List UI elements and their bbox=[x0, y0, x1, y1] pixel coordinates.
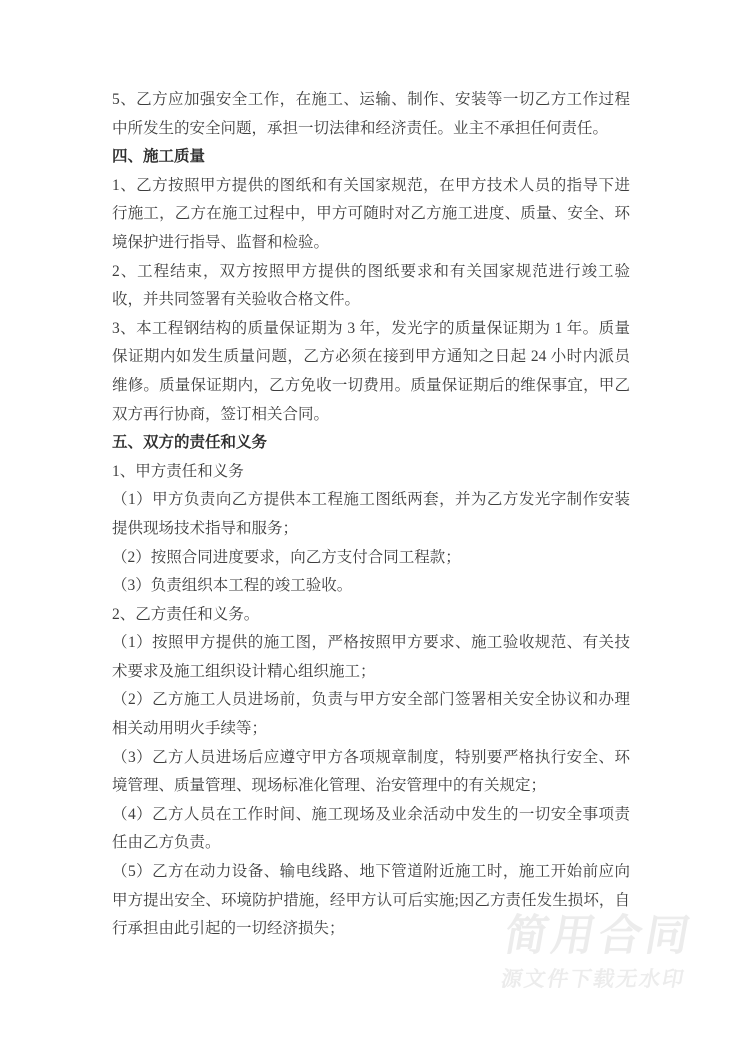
watermark-subtitle: 源文件下载无水印 bbox=[495, 968, 687, 991]
clause-4-3: 3、本工程钢结构的质量保证期为 3 年，发光字的质量保证期为 1 年。质量保证期… bbox=[112, 315, 630, 429]
clause-5-1-item-2: （2）按照合同进度要求，向乙方支付合同工程款； bbox=[112, 544, 630, 573]
clause-5-1-item-3: （3）负责组织本工程的竣工验收。 bbox=[112, 572, 630, 601]
clause-3-5: 5、乙方应加强安全工作，在施工、运输、制作、安装等一切乙方工作过程中所发生的安全… bbox=[112, 86, 630, 143]
clause-5-1: 1、甲方责任和义务 bbox=[112, 458, 630, 487]
contract-body: 5、乙方应加强安全工作，在施工、运输、制作、安装等一切乙方工作过程中所发生的安全… bbox=[112, 86, 630, 944]
clause-4-2: 2、工程结束，双方按照甲方提供的图纸要求和有关国家规范进行竣工验收，并共同签署有… bbox=[112, 258, 630, 315]
clause-4-1: 1、乙方按照甲方提供的图纸和有关国家规范，在甲方技术人员的指导下进行施工，乙方在… bbox=[112, 172, 630, 258]
section-heading-5: 五、双方的责任和义务 bbox=[112, 429, 630, 458]
clause-5-2-item-4: （4）乙方人员在工作时间、施工现场及业余活动中发生的一切安全事项责任由乙方负责。 bbox=[112, 801, 630, 858]
clause-5-2-item-3: （3）乙方人员进场后应遵守甲方各项规章制度，特别要严格执行安全、环境管理、质量管… bbox=[112, 744, 630, 801]
section-heading-4: 四、施工质量 bbox=[112, 143, 630, 172]
clause-5-2-item-2: （2）乙方施工人员进场前，负责与甲方安全部门签署相关安全协议和办理相关动用明火手… bbox=[112, 686, 630, 743]
contract-page: 5、乙方应加强安全工作，在施工、运输、制作、安装等一切乙方工作过程中所发生的安全… bbox=[0, 0, 742, 1049]
clause-5-2-item-1: （1）按照甲方提供的施工图，严格按照甲方要求、施工验收规范、有关技术要求及施工组… bbox=[112, 629, 630, 686]
clause-5-2: 2、乙方责任和义务。 bbox=[112, 601, 630, 630]
clause-5-2-item-5: （5）乙方在动力设备、输电线路、地下管道附近施工时，施工开始前应向甲方提出安全、… bbox=[112, 858, 630, 944]
clause-5-1-item-1: （1）甲方负责向乙方提供本工程施工图纸两套，并为乙方发光字制作安装提供现场技术指… bbox=[112, 486, 630, 543]
